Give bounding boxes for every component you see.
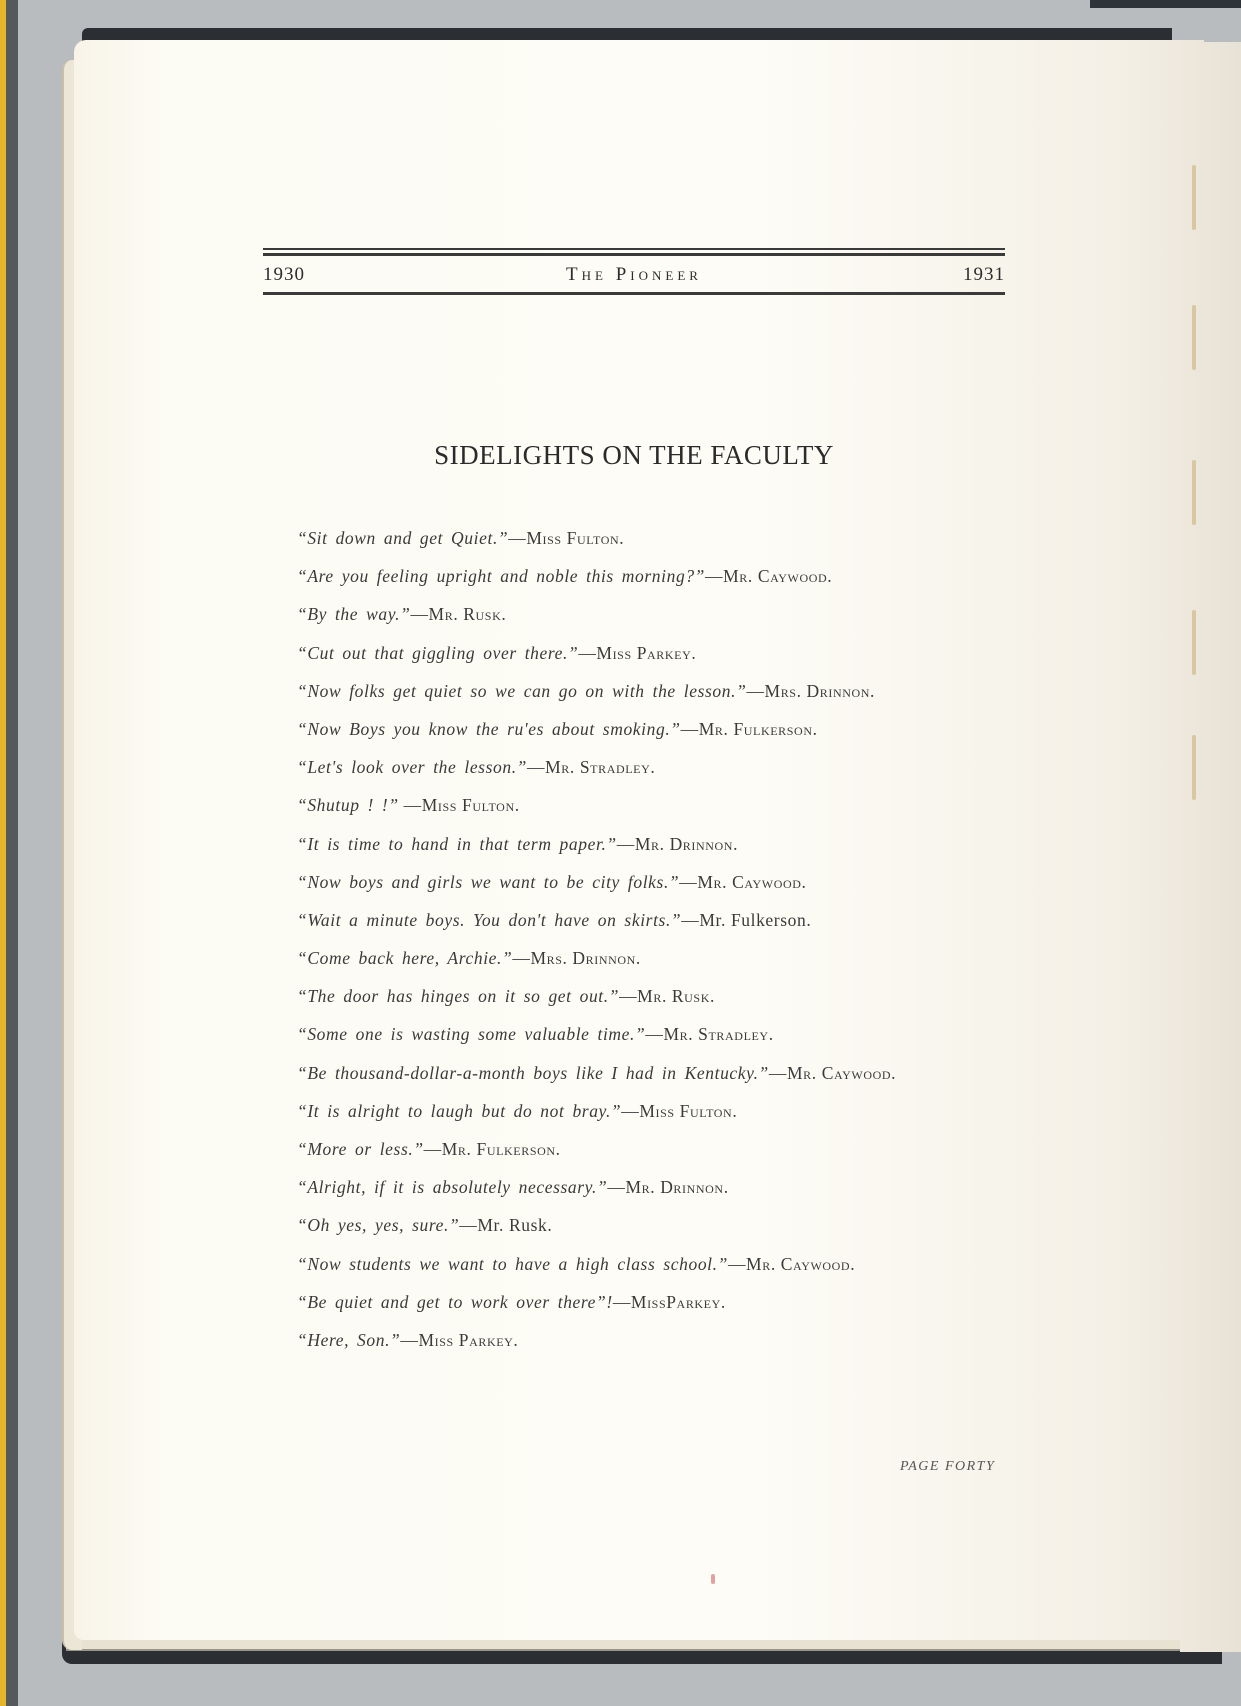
- quote-attribution: —Mr. Caywood.: [705, 566, 832, 586]
- quote-line: “Now students we want to have a high cla…: [297, 1254, 896, 1292]
- quote-attribution: —Mr. Stradley.: [527, 757, 655, 777]
- quote-attribution: —Miss Fulton.: [508, 528, 624, 548]
- quote-line: “Oh yes, yes, sure.”—Mr. Rusk.: [297, 1215, 896, 1253]
- quote-line: “More or less.”—Mr. Fulkerson.: [297, 1139, 896, 1177]
- quote-line: “Now folks get quiet so we can go on wit…: [297, 681, 896, 719]
- quote-attribution: —Mr. Caywood.: [679, 872, 806, 892]
- header-publication-title: The Pioneer: [0, 264, 1241, 286]
- quote-text: “Are you feeling upright and noble this …: [297, 566, 705, 586]
- quote-text: “Now boys and girls we want to be city f…: [297, 872, 679, 892]
- quote-attribution: —Mr. Stradley.: [645, 1024, 773, 1044]
- quote-attribution: —Mrs. Drinnon.: [512, 948, 641, 968]
- quote-attribution: —Mr. Rusk.: [619, 986, 715, 1006]
- quote-attribution: —Mr. Drinnon.: [617, 834, 738, 854]
- quote-text: “Be thousand-dollar-a-month boys like I …: [297, 1063, 769, 1083]
- binding-stitch: [1192, 610, 1196, 675]
- quote-line: “Let's look over the lesson.”—Mr. Stradl…: [297, 757, 896, 795]
- quote-line: “The door has hinges on it so get out.”—…: [297, 986, 896, 1024]
- quote-text: “Let's look over the lesson.”: [297, 757, 527, 777]
- quote-line: “Be thousand-dollar-a-month boys like I …: [297, 1063, 896, 1101]
- quote-text: “By the way.”: [297, 604, 410, 624]
- quote-text: “Shutup ! !”: [297, 795, 399, 815]
- quote-attribution: —Mr. Caywood.: [769, 1063, 896, 1083]
- quote-text: “Come back here, Archie.”: [297, 948, 512, 968]
- header-rule-top: [263, 248, 1005, 250]
- quote-attribution: —Miss Parkey.: [400, 1330, 518, 1350]
- quote-attribution: —Miss Parkey.: [578, 643, 696, 663]
- header-year-right: 1931: [963, 264, 1005, 286]
- quote-attribution: —MissParkey.: [613, 1292, 726, 1312]
- quote-line: “Come back here, Archie.”—Mrs. Drinnon.: [297, 948, 896, 986]
- quote-text: “It is time to hand in that term paper.”: [297, 834, 617, 854]
- binding-stitch: [1192, 305, 1196, 370]
- quote-attribution: —Miss Fulton.: [621, 1101, 737, 1121]
- ink-smudge: [711, 1574, 715, 1584]
- quote-text: “Wait a minute boys. You don't have on s…: [297, 910, 681, 930]
- header-rule-bottom: [263, 292, 1005, 295]
- quote-line: “Shutup ! !” —Miss Fulton.: [297, 795, 896, 833]
- quote-text: “Cut out that giggling over there.”: [297, 643, 578, 663]
- quote-text: “The door has hinges on it so get out.”: [297, 986, 619, 1006]
- quote-text: “Be quiet and get to work over there”!: [297, 1292, 613, 1312]
- quote-text: “Oh yes, yes, sure.”: [297, 1215, 459, 1235]
- quote-line: “It is time to hand in that term paper.”…: [297, 834, 896, 872]
- quote-attribution: —Mr. Drinnon.: [607, 1177, 728, 1197]
- quote-attribution: —Mrs. Drinnon.: [746, 681, 875, 701]
- quote-line: “By the way.”—Mr. Rusk.: [297, 604, 896, 642]
- quote-line: “Wait a minute boys. You don't have on s…: [297, 910, 896, 948]
- page-title: SIDELIGHTS ON THE FACULTY: [0, 440, 1241, 471]
- book-cover-edge: [1090, 0, 1241, 8]
- quote-attribution: —Mr. Fulkerson.: [424, 1139, 561, 1159]
- quote-line: “Here, Son.”—Miss Parkey.: [297, 1330, 896, 1368]
- quote-text: “It is alright to laugh but do not bray.…: [297, 1101, 621, 1121]
- scanner-border: [6, 0, 18, 1706]
- binding-stitch: [1192, 735, 1196, 800]
- quote-text: “Now Boys you know the ru'es about smoki…: [297, 719, 681, 739]
- quote-text: “Now students we want to have a high cla…: [297, 1254, 728, 1274]
- quote-attribution: —Miss Fulton.: [399, 795, 520, 815]
- quote-attribution: —Mr. Fulkerson.: [681, 910, 811, 930]
- quote-line: “Now Boys you know the ru'es about smoki…: [297, 719, 896, 757]
- quote-attribution: —Mr. Rusk.: [410, 604, 506, 624]
- quote-line: “Sit down and get Quiet.”—Miss Fulton.: [297, 528, 896, 566]
- quote-line: “Cut out that giggling over there.”—Miss…: [297, 643, 896, 681]
- quote-list: “Sit down and get Quiet.”—Miss Fulton. “…: [297, 528, 896, 1368]
- quote-attribution: —Mr. Caywood.: [728, 1254, 855, 1274]
- header-rule-top-thick: [263, 253, 1005, 256]
- quote-line: “Some one is wasting some valuable time.…: [297, 1024, 896, 1062]
- binding-stitch: [1192, 165, 1196, 230]
- page-number: PAGE FORTY: [900, 1459, 995, 1475]
- quote-text: “Some one is wasting some valuable time.…: [297, 1024, 645, 1044]
- quote-line: “It is alright to laugh but do not bray.…: [297, 1101, 896, 1139]
- quote-text: “Now folks get quiet so we can go on wit…: [297, 681, 746, 701]
- quote-line: “Are you feeling upright and noble this …: [297, 566, 896, 604]
- quote-attribution: —Mr. Rusk.: [459, 1215, 552, 1235]
- quote-text: “Alright, if it is absolutely necessary.…: [297, 1177, 607, 1197]
- quote-text: “Sit down and get Quiet.”: [297, 528, 508, 548]
- quote-line: “Alright, if it is absolutely necessary.…: [297, 1177, 896, 1215]
- quote-line: “Be quiet and get to work over there”!—M…: [297, 1292, 896, 1330]
- quote-text: “Here, Son.”: [297, 1330, 400, 1350]
- quote-text: “More or less.”: [297, 1139, 424, 1159]
- quote-line: “Now boys and girls we want to be city f…: [297, 872, 896, 910]
- quote-attribution: —Mr. Fulkerson.: [681, 719, 818, 739]
